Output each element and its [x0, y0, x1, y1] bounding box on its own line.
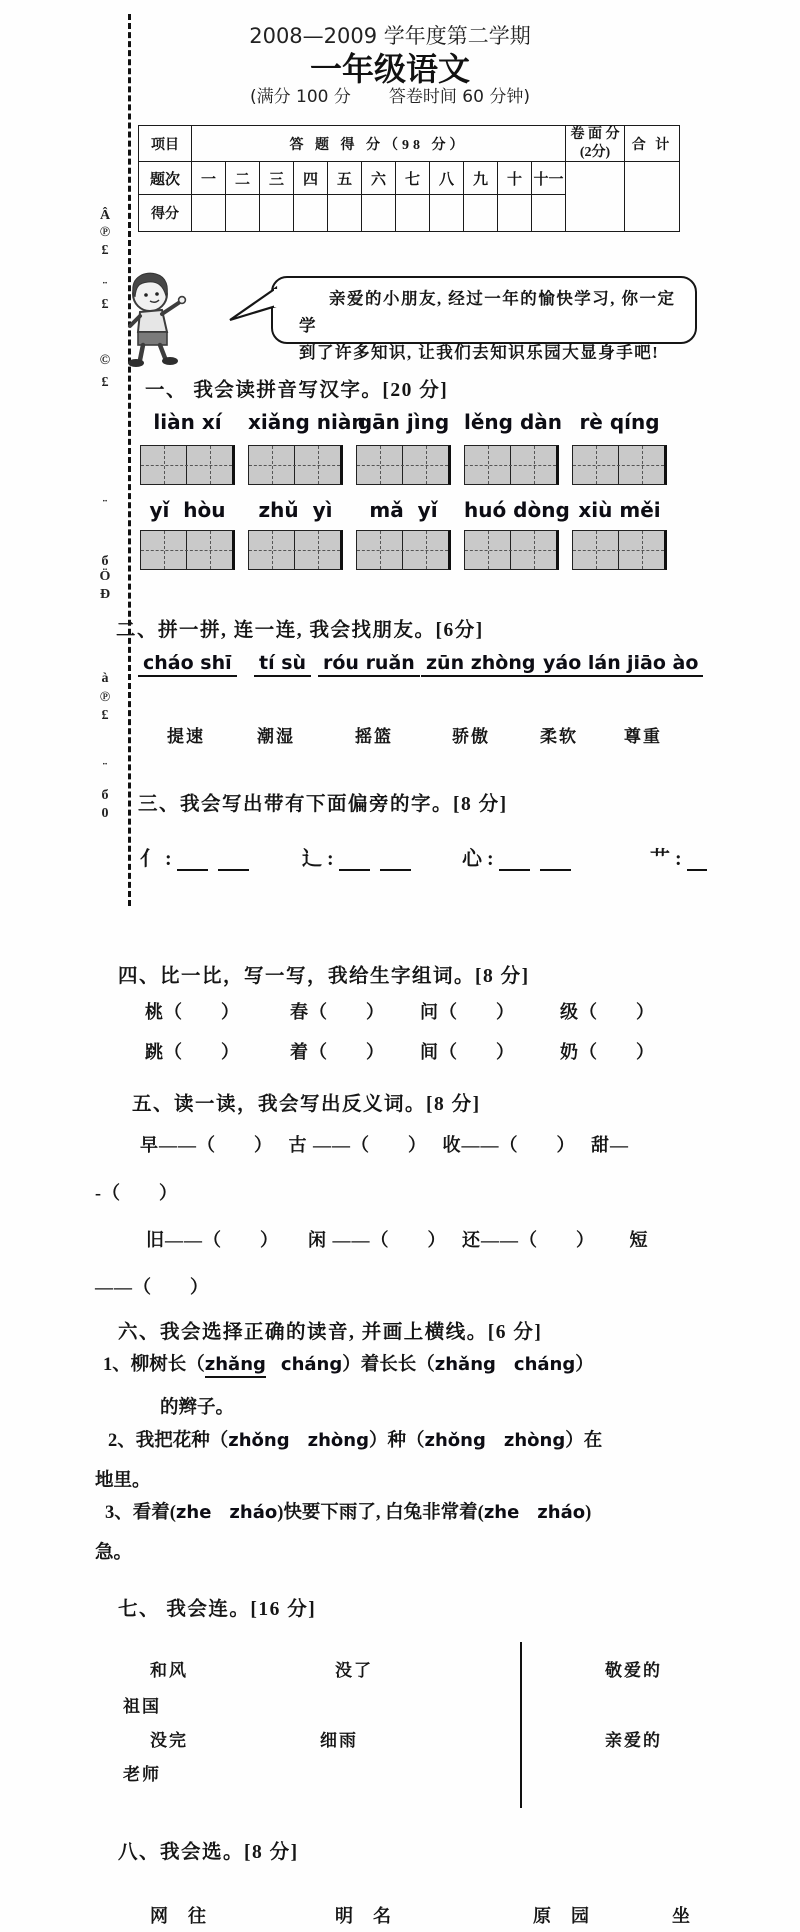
connect-item-mid: 细雨 — [320, 1726, 358, 1751]
score-table: 项目 答 题 得 分（98 分） 卷 面 分 (2分) 合 计 题次 一 二 三… — [138, 125, 680, 232]
margin-mark: 0 — [92, 806, 118, 822]
word-build-item: 奶（ ） — [560, 1038, 655, 1064]
pronunciation-question-1: 1、柳树长（zhǎngcháng）着长长（zhǎng cháng） — [103, 1350, 594, 1376]
pinyin-match-item: cháo shī — [138, 652, 237, 677]
answer-score-header-cell: 答 题 得 分（98 分） — [192, 126, 566, 162]
pinyin-word: lěng dàn — [464, 410, 559, 434]
writing-box — [248, 445, 343, 485]
pinyin-word: xiǎng niàn — [248, 410, 343, 434]
section7-title: 七、 我会连。[16 分] — [118, 1593, 316, 1621]
connect-item-right: 亲爱的 — [605, 1726, 662, 1751]
margin-mark: £ — [92, 243, 118, 259]
pinyin-option: zhǒng zhòng — [228, 1430, 369, 1451]
bubble-text-line1: 亲爱的小朋友, 经过一年的愉快学习, 你一定学 — [299, 285, 685, 339]
answer-blank — [687, 849, 707, 871]
antonym-line-wrap: -（ ） — [95, 1179, 178, 1205]
choice-word-pair: 明 名 — [335, 1902, 392, 1928]
cartoon-boy-illustration — [110, 268, 202, 370]
writing-cell — [141, 531, 187, 569]
qnum-cell: 三 — [260, 162, 294, 195]
word-build-item: 问（ ） — [420, 998, 515, 1024]
pinyin-match-item: tí sù — [254, 652, 311, 677]
margin-mark: £ — [92, 375, 118, 391]
radical-group: 艹 : — [650, 842, 707, 871]
question-text: )快要下雨了, 白兔非常着( — [277, 1503, 484, 1523]
pinyin-word: rè qíng — [572, 410, 667, 434]
pinyin-word: huó dòng — [464, 498, 559, 522]
margin-mark: à — [92, 671, 118, 687]
pinyin-option-underlined: zhǎng — [205, 1354, 266, 1378]
section5-title: 五、读一读，我会写出反义词。[8 分] — [132, 1088, 481, 1116]
qnum-cell: 一 — [192, 162, 226, 195]
word-build-item: 春（ ） — [290, 998, 385, 1024]
score-blank-cell — [328, 195, 362, 232]
pinyin-match-item: róu ruǎn — [318, 652, 420, 677]
margin-mark: ¨ — [92, 498, 118, 514]
bubble-text-line2: 到了许多知识, 让我们去知识乐园大显身手吧! — [299, 339, 685, 366]
writing-cell — [295, 531, 340, 569]
speech-bubble: 亲爱的小朋友, 经过一年的愉快学习, 你一定学 到了许多知识, 让我们去知识乐园… — [271, 276, 697, 344]
pinyin-word: yǐ hòu — [140, 498, 235, 522]
radical-label: 心 : — [462, 842, 494, 871]
table-row: 题次 一 二 三 四 五 六 七 八 九 十 十一 — [139, 162, 680, 195]
question-text: ） — [575, 1355, 594, 1375]
writing-box — [572, 530, 667, 570]
paper-score-blank-cell — [566, 162, 625, 232]
qnum-cell: 六 — [362, 162, 396, 195]
antonym-line: 旧——（ ） 闲 ——（ ） 还——（ ） 短 — [146, 1226, 649, 1252]
writing-box — [248, 530, 343, 570]
score-blank-cell — [260, 195, 294, 232]
score-blank-cell — [532, 195, 566, 232]
score-blank-cell — [192, 195, 226, 232]
score-blank-cell — [430, 195, 464, 232]
score-blank-cell — [294, 195, 328, 232]
question-text: ）在 — [565, 1431, 602, 1451]
writing-box — [572, 445, 667, 485]
writing-cell — [573, 446, 619, 484]
question-text: ）着长长（ — [342, 1355, 435, 1375]
margin-mark: б — [92, 788, 118, 804]
writing-cell — [403, 446, 448, 484]
question-text: 3、看着( — [105, 1503, 176, 1523]
section1-writing-boxes-row1 — [140, 445, 667, 485]
pinyin-option: zhǎng cháng — [435, 1354, 575, 1375]
total-header-cell: 合 计 — [625, 126, 680, 162]
radical-label: 辶 : — [302, 842, 334, 871]
qnum-cell: 十 — [498, 162, 532, 195]
writing-box — [140, 530, 235, 570]
choice-word: 坐 — [672, 1902, 691, 1928]
score-blank-cell — [464, 195, 498, 232]
connect-item-mid: 没了 — [335, 1656, 373, 1681]
pinyin-option: cháng — [281, 1354, 342, 1375]
section1-pinyin-row1: liàn xí xiǎng niàn gān jìng lěng dàn rè … — [140, 410, 672, 434]
pinyin-word: liàn xí — [140, 410, 235, 434]
qnum-cell: 八 — [430, 162, 464, 195]
antonym-line: 早——（ ） 古 ——（ ） 收——（ ） 甜— — [140, 1131, 629, 1157]
connect-item-left: 老师 — [123, 1760, 161, 1785]
writing-cell — [187, 531, 232, 569]
qnum-cell: 十一 — [532, 162, 566, 195]
score-blank-cell — [498, 195, 532, 232]
seal-dashed-line — [128, 14, 131, 906]
match-word: 摇篮 — [355, 722, 393, 747]
answer-blank — [339, 849, 370, 871]
pinyin-match-item: yáo lán — [538, 652, 626, 677]
section8-title: 八、我会选。[8 分] — [118, 1836, 299, 1864]
antonym-line-wrap: ——（ ） — [95, 1273, 209, 1299]
pinyin-match-item: zūn zhòng — [421, 652, 541, 677]
qnum-label-cell: 题次 — [139, 162, 192, 195]
margin-mark: Â — [92, 208, 118, 224]
pinyin-match-item: jiāo ào — [622, 652, 703, 677]
score-label-cell: 得分 — [139, 195, 192, 232]
match-word: 骄傲 — [452, 722, 490, 747]
margin-mark: ℗ — [92, 690, 118, 706]
section1-title: 一、 我会读拼音写汉字。[20 分] — [145, 374, 448, 402]
question-text: 1、柳树长（ — [103, 1355, 205, 1375]
pinyin-option: zhe zháo — [176, 1502, 277, 1523]
margin-mark: £ — [92, 708, 118, 724]
answer-blank — [499, 849, 530, 871]
section6-title: 六、我会选择正确的读音, 并画上横线。[6 分] — [118, 1316, 542, 1344]
section7-divider-line — [520, 1642, 522, 1808]
pinyin-option: zhǒng zhòng — [425, 1430, 566, 1451]
pinyin-word: xiù měi — [572, 498, 667, 522]
word-build-item: 跳（ ） — [145, 1038, 240, 1064]
section1-writing-boxes-row2 — [140, 530, 667, 570]
question-3-continuation: 急。 — [95, 1538, 132, 1564]
writing-cell — [511, 531, 556, 569]
writing-cell — [249, 531, 295, 569]
radical-group: 亻 : — [140, 842, 254, 871]
question-text: 2、我把花种（ — [108, 1431, 228, 1451]
writing-box — [464, 445, 559, 485]
radical-group: 辶 : — [302, 842, 416, 871]
word-build-item: 着（ ） — [290, 1038, 385, 1064]
pinyin-word: gān jìng — [356, 410, 451, 434]
full-score: (满分 100 分 — [250, 87, 351, 107]
writing-box — [356, 445, 451, 485]
qnum-cell: 五 — [328, 162, 362, 195]
qnum-cell: 九 — [464, 162, 498, 195]
pinyin-word: mǎ yǐ — [356, 498, 451, 522]
writing-cell — [249, 446, 295, 484]
qnum-cell: 四 — [294, 162, 328, 195]
writing-cell — [465, 531, 511, 569]
item-label-cell: 项目 — [139, 126, 192, 162]
radical-label: 艹 : — [650, 842, 682, 871]
writing-cell — [141, 446, 187, 484]
connect-item-left: 和风 — [150, 1656, 188, 1681]
time-limit: 答卷时间 60 分钟) — [389, 87, 530, 107]
exam-meta: (满分 100 分答卷时间 60 分钟) — [95, 82, 685, 107]
word-build-item: 间（ ） — [420, 1038, 515, 1064]
radical-group: 心 : — [462, 842, 576, 871]
pronunciation-question-3: 3、看着(zhe zháo)快要下雨了, 白兔非常着(zhe zháo) — [105, 1498, 591, 1524]
question-text: ）种（ — [369, 1431, 425, 1451]
margin-mark: б — [92, 554, 118, 570]
choice-word-pair: 网 往 — [150, 1902, 207, 1928]
match-word: 柔软 — [540, 722, 578, 747]
radical-label: 亻 : — [140, 842, 172, 871]
writing-cell — [511, 446, 556, 484]
question-2-continuation: 地里。 — [95, 1466, 151, 1492]
section3-title: 三、我会写出带有下面偏旁的字。[8 分] — [138, 788, 508, 816]
writing-cell — [357, 446, 403, 484]
writing-cell — [619, 446, 664, 484]
margin-mark: ℗ — [92, 225, 118, 241]
question-text: ) — [585, 1503, 591, 1523]
answer-blank — [540, 849, 571, 871]
connect-item-left: 没完 — [150, 1726, 188, 1751]
paper-score-header-cell: 卷 面 分 (2分) — [566, 126, 625, 162]
question-1-continuation: 的辫子。 — [160, 1393, 234, 1419]
exam-paper-page: Â ℗ £ ¨ £ © £ ¨ б Ö Đ à ℗ £ ¨ б 0 2008—2… — [0, 0, 800, 1932]
pinyin-word: zhǔ yì — [248, 498, 343, 522]
writing-box — [356, 530, 451, 570]
pronunciation-question-2: 2、我把花种（zhǒng zhòng）种（zhǒng zhòng）在 — [108, 1426, 602, 1452]
margin-mark: ¨ — [92, 761, 118, 777]
word-build-item: 桃（ ） — [145, 998, 240, 1024]
score-blank-cell — [226, 195, 260, 232]
writing-cell — [295, 446, 340, 484]
match-word: 提速 — [167, 722, 205, 747]
speech-bubble-tail — [228, 282, 278, 328]
qnum-cell: 二 — [226, 162, 260, 195]
section1-pinyin-row2: yǐ hòu zhǔ yì mǎ yǐ huó dòng xiù měi — [140, 498, 672, 522]
paper-score-sub: (2分) — [566, 144, 624, 162]
margin-mark: Ö — [92, 569, 118, 585]
writing-cell — [619, 531, 664, 569]
writing-box — [140, 445, 235, 485]
connect-item-right: 敬爱的 — [605, 1656, 662, 1681]
qnum-cell: 七 — [396, 162, 430, 195]
match-word: 潮湿 — [257, 722, 295, 747]
answer-blank — [218, 849, 249, 871]
score-blank-cell — [396, 195, 430, 232]
answer-blank — [177, 849, 208, 871]
writing-box — [464, 530, 559, 570]
writing-cell — [357, 531, 403, 569]
table-row: 项目 答 题 得 分（98 分） 卷 面 分 (2分) 合 计 — [139, 126, 680, 162]
choice-word-pair: 原 园 — [533, 1902, 590, 1928]
section2-title: 二、拼一拼, 连一连, 我会找朋友。[6分] — [116, 614, 484, 642]
writing-cell — [465, 446, 511, 484]
match-word: 尊重 — [624, 722, 662, 747]
total-blank-cell — [625, 162, 680, 232]
writing-cell — [187, 446, 232, 484]
section4-title: 四、比一比，写一写，我给生字组词。[8 分] — [118, 960, 530, 988]
pinyin-option: zhe zháo — [484, 1502, 585, 1523]
connect-item-left: 祖国 — [123, 1692, 161, 1717]
writing-cell — [403, 531, 448, 569]
writing-cell — [573, 531, 619, 569]
answer-blank — [380, 849, 411, 871]
paper-score-label: 卷 面 分 — [566, 126, 624, 144]
margin-mark: Đ — [92, 587, 118, 603]
score-blank-cell — [362, 195, 396, 232]
word-build-item: 级（ ） — [560, 998, 655, 1024]
